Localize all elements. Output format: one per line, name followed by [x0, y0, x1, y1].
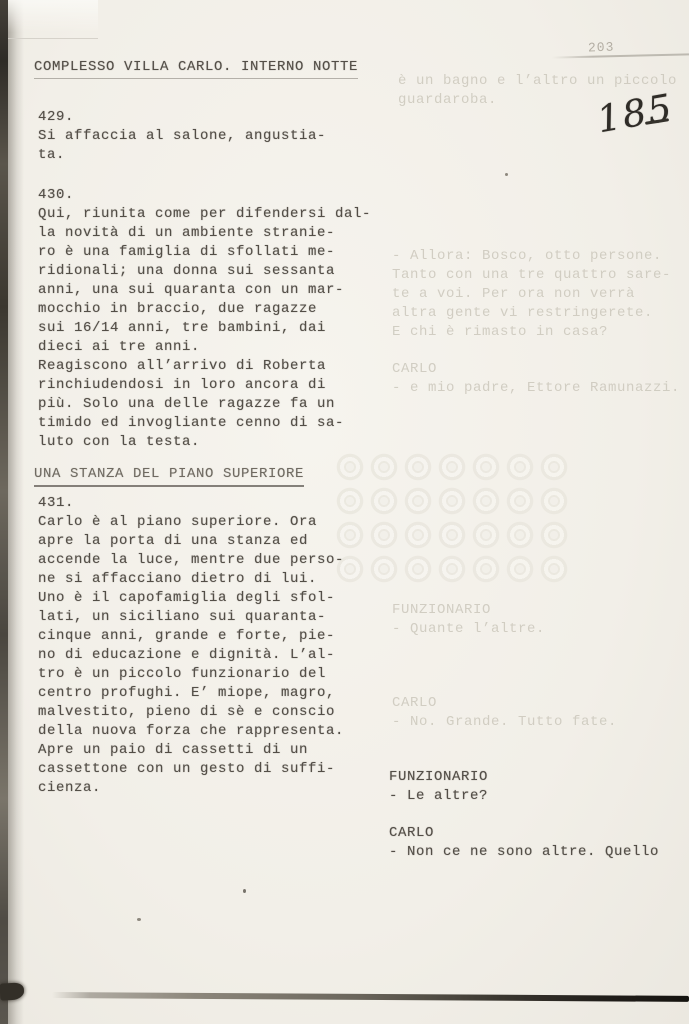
ghost-line: è un bagno e l’altro un piccolo [398, 72, 677, 91]
action-line: la novità di un ambiente stranie- [38, 224, 371, 243]
ghost-line: E chi è rimasto in casa? [392, 323, 671, 342]
action-line: ta. [38, 146, 326, 165]
action-line: Qui, riunita come per difendersi dal- [38, 205, 371, 224]
shot-number: 430. [38, 186, 371, 205]
ink-speck [137, 918, 141, 921]
ink-speck [505, 173, 508, 176]
dialogue-speaker: FUNZIONARIO [389, 768, 488, 787]
action-line: ridionali; una donna sui sessanta [38, 262, 371, 281]
action-line: cienza. [38, 779, 344, 798]
action-line: Reagiscono all’arrivo di Roberta [38, 357, 371, 376]
ghost-text-middle2: CARLO - e mio padre, Ettore Ramunazzi. [392, 360, 680, 398]
ghost-line: CARLO [392, 694, 617, 713]
page-bottom-edge-line [52, 992, 689, 1002]
action-line: accende la luce, mentre due perso- [38, 551, 344, 570]
ghost-line: - No. Grande. Tutto fate. [392, 713, 617, 732]
action-line: centro profughi. E’ miope, magro, [38, 684, 344, 703]
faint-printed-page-number: 203 [588, 40, 615, 56]
scene-heading: UNA STANZA DEL PIANO SUPERIORE [34, 465, 304, 487]
ghost-line: altra gente vi restringerete. [392, 304, 671, 323]
typewritten-script-page: 203 185 COMPLESSO VILLA CARLO. INTERNO N… [0, 0, 689, 1024]
ghost-line: te a voi. Per ora non verrà [392, 285, 671, 304]
ink-speck [243, 889, 246, 893]
shot-number: 429. [38, 108, 326, 127]
dialogue-line: - Non ce ne sono altre. Quello [389, 843, 659, 862]
dialogue-carlo: CARLO - Non ce ne sono altre. Quello [389, 824, 659, 862]
ghost-text-lower: FUNZIONARIO - Quante l’altre. [392, 601, 545, 639]
action-line: ro è una famiglia di sfollati me- [38, 243, 371, 262]
ghost-line: - Quante l’altre. [392, 620, 545, 639]
action-line: timido ed invogliante cenno di sa- [38, 414, 371, 433]
action-line: tro è un piccolo funzionario del [38, 665, 344, 684]
action-line: malvestito, pieno di sè e conscio [38, 703, 344, 722]
shot-number: 431. [38, 494, 344, 513]
shot-431-block: 431. Carlo è al piano superiore. Ora apr… [38, 494, 344, 798]
action-line: della nuova forza che rappresenta. [38, 722, 344, 741]
page-edge-shadow [8, 0, 24, 1024]
action-line: apre la porta di una stanza ed [38, 532, 344, 551]
shot-429-block: 429. Si affaccia al salone, angustia- ta… [38, 108, 326, 165]
fold-crease [552, 53, 689, 58]
action-line: cassettone con un gesto di suffi- [38, 760, 344, 779]
ghost-line: - Allora: Bosco, otto persone. [392, 247, 671, 266]
ghost-text-middle: - Allora: Bosco, otto persone. Tanto con… [392, 247, 671, 342]
ghost-line: FUNZIONARIO [392, 601, 545, 620]
dialogue-speaker: CARLO [389, 824, 659, 843]
action-line: no di educazione e dignità. L’al- [38, 646, 344, 665]
action-line: dieci ai tre anni. [38, 338, 371, 357]
ghost-line: CARLO [392, 360, 680, 379]
action-line: Apre un paio di cassetti di un [38, 741, 344, 760]
action-line: più. Solo una delle ragazze fa un [38, 395, 371, 414]
action-line: luto con la testa. [38, 433, 371, 452]
typewriter-keys-watermark [333, 450, 571, 586]
dialogue-funzionario: FUNZIONARIO - Le altre? [389, 768, 488, 806]
page-top-edge [8, 0, 98, 39]
action-line: Carlo è al piano superiore. Ora [38, 513, 344, 532]
scene-heading: COMPLESSO VILLA CARLO. INTERNO NOTTE [34, 58, 358, 79]
action-line: lati, un siciliano sui quaranta- [38, 608, 344, 627]
shot-430-block: 430. Qui, riunita come per difendersi da… [38, 186, 371, 452]
dialogue-line: - Le altre? [389, 787, 488, 806]
scan-edge-left [0, 0, 8, 1024]
action-line: mocchio in braccio, due ragazze [38, 300, 371, 319]
action-line: rinchiudendosi in loro ancora di [38, 376, 371, 395]
action-line: anni, una sui quaranta con un mar- [38, 281, 371, 300]
action-line: cinque anni, grande e forte, pie- [38, 627, 344, 646]
ghost-line: - e mio padre, Ettore Ramunazzi. [392, 379, 680, 398]
action-line: sui 16/14 anni, tre bambini, dai [38, 319, 371, 338]
ghost-text-bottom: CARLO - No. Grande. Tutto fate. [392, 694, 617, 732]
action-line: Si affaccia al salone, angustia- [38, 127, 326, 146]
action-line: Uno è il capofamiglia degli sfol- [38, 589, 344, 608]
action-line: ne si affacciano dietro di lui. [38, 570, 344, 589]
ghost-line: Tanto con una tre quattro sare- [392, 266, 671, 285]
ghost-text-top: è un bagno e l’altro un piccolo guardaro… [398, 72, 677, 110]
ghost-line: guardaroba. [398, 91, 677, 110]
